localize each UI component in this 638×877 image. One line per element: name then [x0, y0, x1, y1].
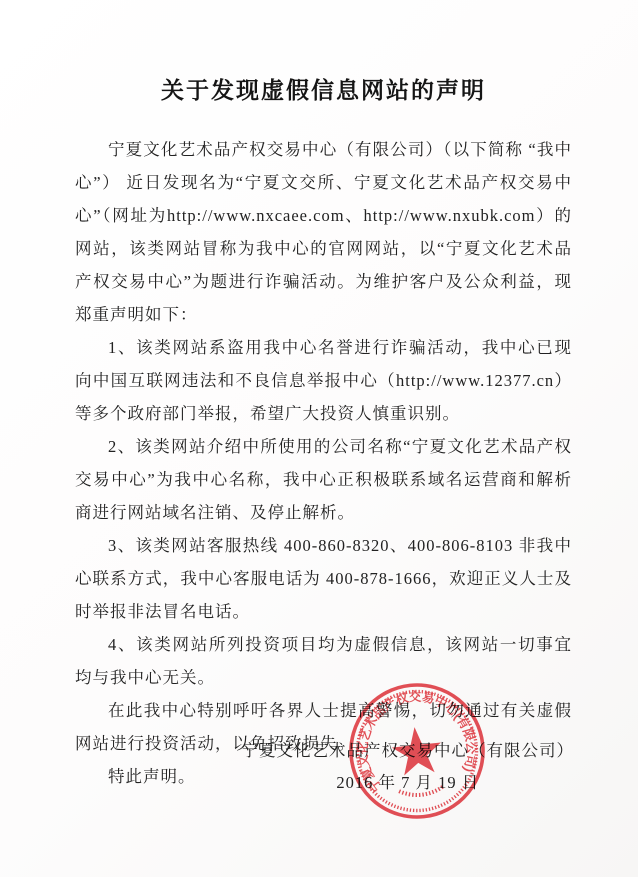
statement-item-3: 3、该类网站客服热线 400-860-8320、400-806-8103 非我中… [75, 529, 572, 628]
document-page: 关于发现虚假信息网站的声明 宁夏文化艺术品产权交易中心（有限公司）（以下简称 “… [0, 0, 638, 877]
signature-block: 宁夏文化艺术品产权交易中心（有限公司） 2016 年 7 月 19 日 [242, 735, 575, 799]
statement-item-4: 4、该类网站所列投资项目均为虚假信息，该网站一切事宜均与我中心无关。 [75, 628, 572, 694]
statement-item-2: 2、该类网站介绍中所使用的公司名称“宁夏文化艺术品产权交易中心”为我中心名称，我… [75, 430, 572, 529]
document-title: 关于发现虚假信息网站的声明 [75, 72, 572, 105]
intro-paragraph: 宁夏文化艺术品产权交易中心（有限公司）（以下简称 “我中心”） 近日发现名为“宁… [75, 133, 572, 331]
document-body: 宁夏文化艺术品产权交易中心（有限公司）（以下简称 “我中心”） 近日发现名为“宁… [75, 133, 572, 793]
signature-date: 2016 年 7 月 19 日 [242, 767, 575, 799]
statement-item-1: 1、该类网站系盗用我中心名誉进行诈骗活动，我中心已现向中国互联网违法和不良信息举… [75, 331, 572, 430]
signature-company: 宁夏文化艺术品产权交易中心（有限公司） [242, 735, 575, 767]
